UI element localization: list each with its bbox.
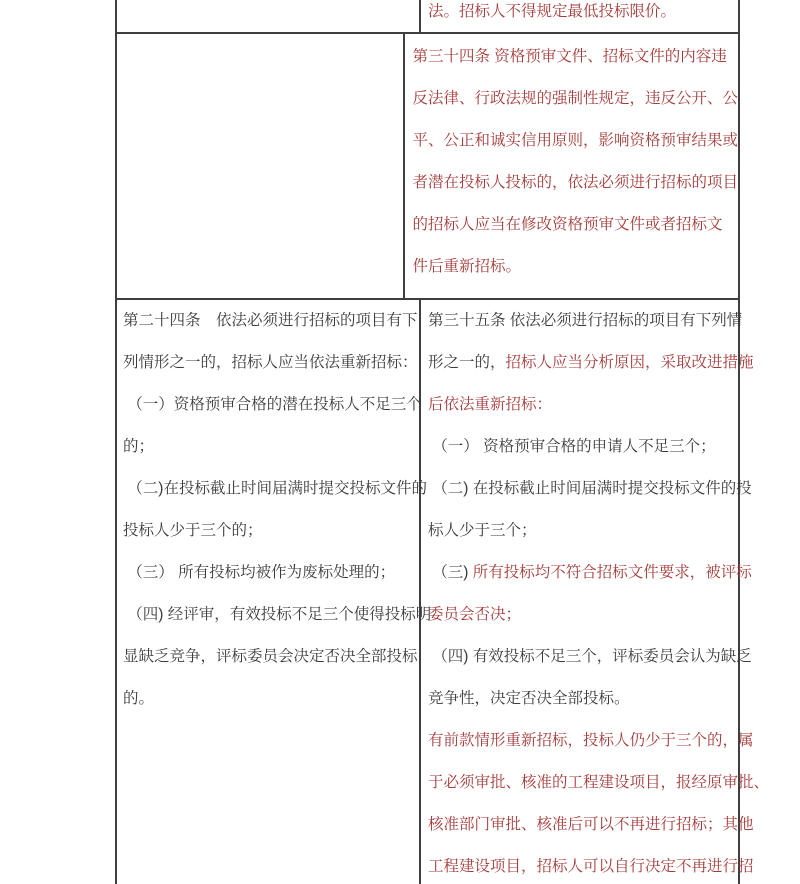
text-run: （一） 资格预审合格的申请人不足三个； — [428, 438, 716, 455]
text-line: （三) 所有投标均不符合招标文件要求，被评标 — [428, 552, 769, 594]
text-run: 法。招标人不得规定最低投标限价。 — [428, 3, 676, 20]
text-run: 显缺乏竞争，评标委员会决定否决全部投标 — [123, 648, 418, 665]
text-run: 平、公正和诚实信用原则，影响资格预审结果或 — [412, 132, 738, 149]
text-run: 反法律、行政法规的强制性规定，违反公开、公 — [412, 90, 738, 107]
text-run: 于必须审批、核准的工程建设项目，报经原审批、 — [428, 774, 769, 791]
text-run: 第二十四条 依法必须进行招标的项目有下 — [123, 312, 418, 329]
table-cell-left: 第二十四条 依法必须进行招标的项目有下列情形之一的，招标人应当依法重新招标： （… — [117, 300, 419, 884]
text-run: 委员会否决； — [428, 606, 521, 623]
text-run: 工程建设项目，招标人可以自行决定不再进行招 — [428, 858, 754, 875]
text-line: 竞争性，决定否决全部投标。 — [428, 678, 769, 720]
text-line: 平、公正和诚实信用原则，影响资格预审结果或 — [412, 120, 738, 162]
text-line: 标人少于三个； — [428, 510, 769, 552]
text-run: 的。 — [123, 690, 154, 707]
text-run: 第三十四条 资格预审文件、招标文件的内容违 — [412, 48, 726, 65]
text-run: 投标人少于三个的； — [123, 522, 263, 539]
text-run: （三） 所有投标均被作为废标处理的； — [123, 564, 395, 581]
text-line: 列情形之一的，招标人应当依法重新招标： — [123, 342, 419, 384]
text-run: 形之一的， — [428, 354, 506, 371]
text-run: （三) — [428, 564, 473, 581]
text-run: 的招标人应当在修改资格预审文件或者招标文 — [412, 216, 722, 233]
text-line: （四) 有效投标不足三个，评标委员会认为缺乏 — [428, 636, 769, 678]
text-line: 形之一的，招标人应当分析原因，采取改进措施 — [428, 342, 769, 384]
text-line: 者潜在投标人投标的，依法必须进行招标的项目 — [412, 162, 738, 204]
table-cell-left — [117, 34, 403, 298]
text-run: 所有投标均不符合招标文件要求，被评标 — [473, 564, 752, 581]
text-run: （四) 有效投标不足三个，评标委员会认为缺乏 — [428, 648, 752, 665]
text-run: 的； — [123, 438, 154, 455]
text-line: （一） 资格预审合格的申请人不足三个； — [428, 426, 769, 468]
text-run: 核准部门审批、核准后可以不再进行招标；其他 — [428, 816, 754, 833]
table-cell-right: 第三十五条 依法必须进行招标的项目有下列情形之一的，招标人应当分析原因，采取改进… — [419, 300, 769, 884]
text-line: 投标人少于三个的； — [123, 510, 419, 552]
table-row: 第三十四条 资格预审文件、招标文件的内容违反法律、行政法规的强制性规定，违反公开… — [117, 34, 738, 300]
text-run: 件后重新招标。 — [412, 258, 521, 275]
text-run: 竞争性，决定否决全部投标。 — [428, 690, 630, 707]
text-line: （二) 在投标截止时间届满时提交投标文件的投 — [428, 468, 769, 510]
text-run: （二)在投标截止时间届满时提交投标文件的 — [123, 480, 427, 497]
text-line: 于必须审批、核准的工程建设项目，报经原审批、 — [428, 762, 769, 804]
table-cell-left — [117, 0, 419, 32]
text-line: 件后重新招标。 — [412, 246, 738, 288]
text-line: 第二十四条 依法必须进行招标的项目有下 — [123, 300, 419, 342]
text-run: 有前款情形重新招标，投标人仍少于三个的，属 — [428, 732, 754, 749]
text-line: 核准部门审批、核准后可以不再进行招标；其他 — [428, 804, 769, 846]
text-line: （三） 所有投标均被作为废标处理的； — [123, 552, 419, 594]
text-line: 显缺乏竞争，评标委员会决定否决全部投标 — [123, 636, 419, 678]
comparison-table: 法。招标人不得规定最低投标限价。第三十四条 资格预审文件、招标文件的内容违反法律… — [115, 0, 740, 884]
text-line: 第三十五条 依法必须进行招标的项目有下列情 — [428, 300, 769, 342]
text-line: 委员会否决； — [428, 594, 769, 636]
table-cell-right: 第三十四条 资格预审文件、招标文件的内容违反法律、行政法规的强制性规定，违反公开… — [403, 34, 738, 298]
text-run: 列情形之一的，招标人应当依法重新招标： — [123, 354, 418, 371]
text-run: 招标人应当分析原因，采取改进措施 — [506, 354, 754, 371]
table-row: 第二十四条 依法必须进行招标的项目有下列情形之一的，招标人应当依法重新招标： （… — [117, 300, 738, 884]
table-row: 法。招标人不得规定最低投标限价。 — [117, 0, 738, 34]
text-line: 后依法重新招标： — [428, 384, 769, 426]
text-run: （二) 在投标截止时间届满时提交投标文件的投 — [428, 480, 752, 497]
text-line: （二)在投标截止时间届满时提交投标文件的 — [123, 468, 419, 510]
text-line: （四) 经评审，有效投标不足三个使得投标明 — [123, 594, 419, 636]
text-run: 者潜在投标人投标的，依法必须进行招标的项目 — [412, 174, 738, 191]
text-line: 的； — [123, 426, 419, 468]
text-line: 法。招标人不得规定最低投标限价。 — [428, 0, 738, 33]
text-run: 后依法重新招标： — [428, 396, 552, 413]
text-run: （一）资格预审合格的潜在投标人不足三个 — [123, 396, 422, 413]
text-line: 的招标人应当在修改资格预审文件或者招标文 — [412, 204, 738, 246]
text-run: 标人少于三个； — [428, 522, 537, 539]
text-line: （一）资格预审合格的潜在投标人不足三个 — [123, 384, 419, 426]
text-run: （四) 经评审，有效投标不足三个使得投标明 — [123, 606, 431, 623]
table-cell-right: 法。招标人不得规定最低投标限价。 — [419, 0, 738, 32]
text-line: 反法律、行政法规的强制性规定，违反公开、公 — [412, 78, 738, 120]
text-line: 第三十四条 资格预审文件、招标文件的内容违 — [412, 36, 738, 78]
text-line: 有前款情形重新招标，投标人仍少于三个的，属 — [428, 720, 769, 762]
text-run: 第三十五条 依法必须进行招标的项目有下列情 — [428, 312, 742, 329]
text-line: 的。 — [123, 678, 419, 720]
text-line: 工程建设项目，招标人可以自行决定不再进行招 — [428, 846, 769, 884]
